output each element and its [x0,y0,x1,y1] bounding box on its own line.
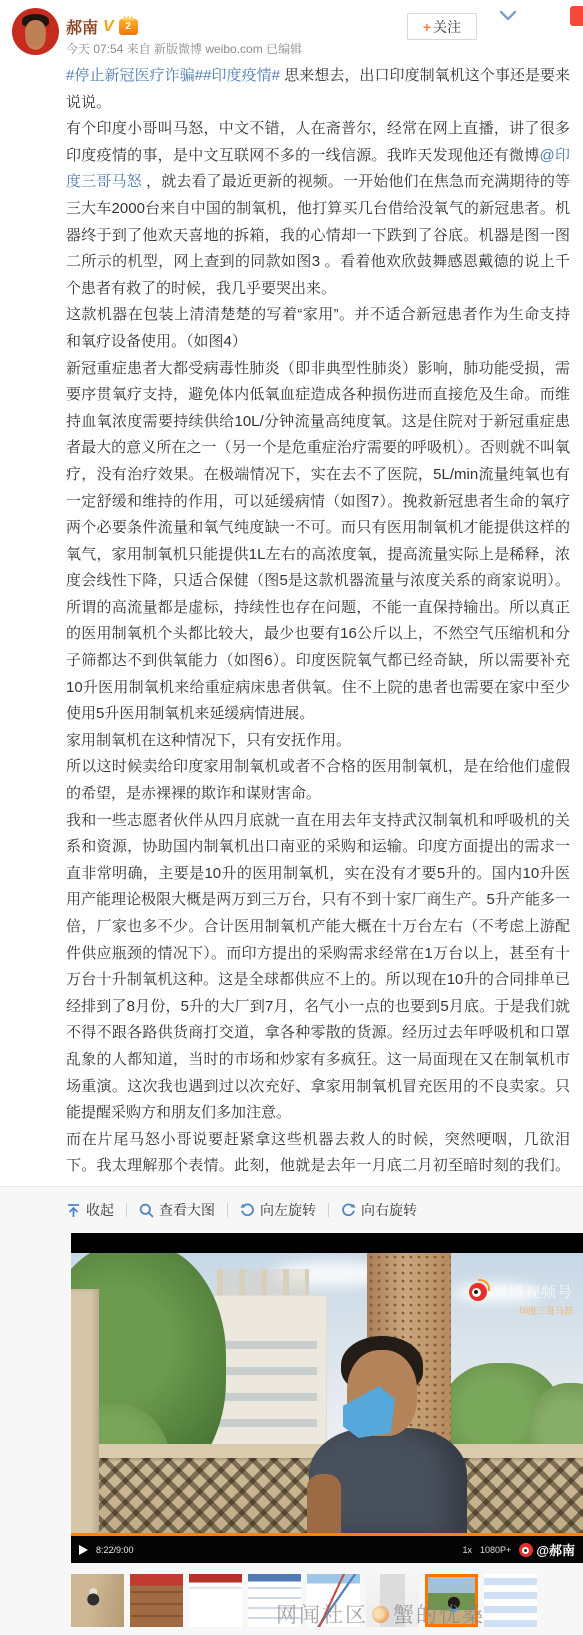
member-crown-badge: 2 [119,19,138,35]
media-section: 收起 查看大图 向左旋转 [0,1186,583,1635]
account-watermark-text: 印度三哥马怒 [469,1304,573,1317]
corner-watermark-text: @郝南 [536,1540,575,1559]
brand-watermark-text: 微博视频号 [493,1281,573,1302]
post-text-segment: 这款机器在包装上清清楚楚的写着“家用”。并不适合新冠患者作为生命支持和氧疗设备使… [66,306,570,350]
follow-button[interactable]: + 关注 [407,13,477,40]
post-text: #停止新冠医疗诈骗##印度疫情# 思来想去，出口印度制氧机这个事还是要来说说。有… [66,63,570,1183]
post-text-segment: 有个印度小哥叫马怒，中文不错，人在斋普尔，经常在网上直播，讲了很多印度疫情的事，… [66,120,570,164]
toolbar-divider [227,1203,228,1217]
weibo-logo-icon [469,1283,487,1301]
video-watermark: 微博视频号 印度三哥马怒 [469,1281,573,1317]
chevron-down-icon[interactable] [499,10,517,22]
toolbar-divider [126,1203,127,1217]
fence-post-left [71,1289,99,1536]
verified-v-icon: V [103,18,114,36]
rotate-right-icon [341,1203,356,1218]
playback-speed[interactable]: 1x [463,1545,473,1555]
toolbar-divider [328,1203,329,1217]
rotate-left-label: 向左旋转 [260,1200,316,1220]
rotate-right-button[interactable]: 向右旋转 [341,1200,417,1220]
post-meta: 今天 07:54 来自 新版微博 weibo.com 已编辑 [66,40,302,57]
plus-icon: + [423,19,431,35]
man-arm [307,1474,341,1536]
thumbnail-2[interactable] [130,1574,183,1627]
post-text-segment: ，就去看了最近更新的视频。一开始他们在焦急而充满期待的等三大车2000台来自中国… [66,173,570,296]
view-large-label: 查看大图 [159,1200,215,1220]
video-player[interactable]: 微博视频号 印度三哥马怒 8:22/9:00 1x 1080P+ @郝南 [71,1233,583,1563]
author-name[interactable]: 郝南 [66,15,98,38]
image-toolbar: 收起 查看大图 向左旋转 [66,1187,417,1233]
floating-sidebar-partial[interactable] [570,6,583,26]
post-text-segment: 家用制氧机在这种情况下，只有安抚作用。 [66,732,351,749]
video-quality[interactable]: 1080P+ [480,1545,511,1555]
post-link[interactable]: #停止新冠医疗诈骗# [66,67,203,84]
weibo-post-page: 郝南 V 2 今天 07:54 来自 新版微博 weibo.com 已编辑 + … [0,0,583,1635]
weibo-logo-icon [519,1543,533,1557]
thumbnail-8[interactable] [484,1574,537,1627]
thumbnail-strip [71,1574,537,1627]
play-icon[interactable] [79,1545,88,1555]
avatar[interactable] [12,8,59,55]
thumbnail-6[interactable] [366,1574,419,1627]
post-link[interactable]: #印度疫情# [203,67,280,84]
follow-label: 关注 [433,17,461,37]
rotate-left-button[interactable]: 向左旋转 [240,1200,316,1220]
post-text-segment: 我和一些志愿者伙伴从四月底就一直在用去年支持武汉制氧机和呼吸机的关系和资源，协助… [66,812,570,1122]
thumbnail-3[interactable] [189,1574,242,1627]
rotate-left-icon [240,1203,255,1218]
corner-watermark: @郝南 [519,1540,575,1559]
thumbnail-7-selected[interactable] [425,1574,478,1627]
collapse-label: 收起 [86,1200,114,1220]
post-text-segment: 所以这时候卖给印度家用制氧机或者不合格的医用制氧机，是在给他们虚假的希望，是赤裸… [66,758,570,802]
view-large-button[interactable]: 查看大图 [139,1200,215,1220]
thumbnail-4[interactable] [248,1574,301,1627]
video-frame: 微博视频号 印度三哥马怒 [71,1253,583,1536]
post-text-segment: 而在片尾马怒小哥说要赶紧拿这些机器去救人的时候，突然哽咽，几欲泪下。我太理解那个… [66,1131,570,1183]
rooftop-frame [217,1269,309,1295]
video-control-bar: 8:22/9:00 1x 1080P+ @郝南 [71,1536,583,1563]
rotate-right-label: 向右旋转 [361,1200,417,1220]
collapse-button[interactable]: 收起 [66,1200,114,1220]
collapse-icon [66,1203,81,1218]
thumbnail-5[interactable] [307,1574,360,1627]
video-time: 8:22/9:00 [96,1545,134,1555]
post-text-segment: 新冠重症患者大都受病毒性肺炎（即非典型性肺炎）影响，肺功能受损，需要序贯氧疗支持… [66,360,570,723]
view-large-icon [139,1203,154,1218]
avatar-face [25,20,46,46]
author-row: 郝南 V 2 [66,15,138,38]
thumbnail-1[interactable] [71,1574,124,1627]
